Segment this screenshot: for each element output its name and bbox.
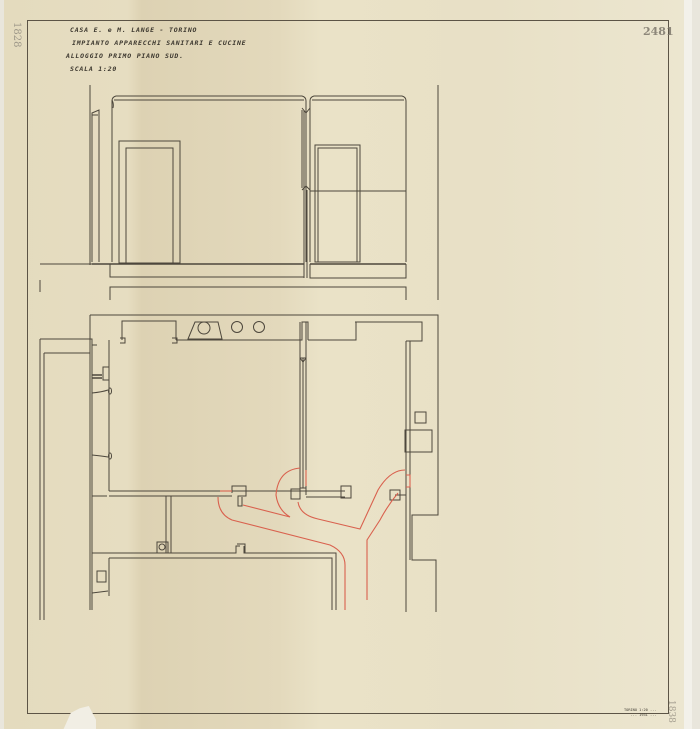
vent-circle-icon (254, 322, 265, 333)
flue-circle-icon (198, 322, 210, 334)
floor-plan-drawing (40, 315, 438, 620)
fixture-square (405, 430, 432, 452)
technical-drawing (0, 0, 700, 729)
flue-icon (188, 322, 222, 339)
pipe-routes (218, 468, 410, 610)
drawing-annotations (40, 280, 44, 620)
fixture-square (415, 412, 426, 423)
elevation-drawing (40, 85, 438, 300)
vent-circle-icon (232, 322, 243, 333)
